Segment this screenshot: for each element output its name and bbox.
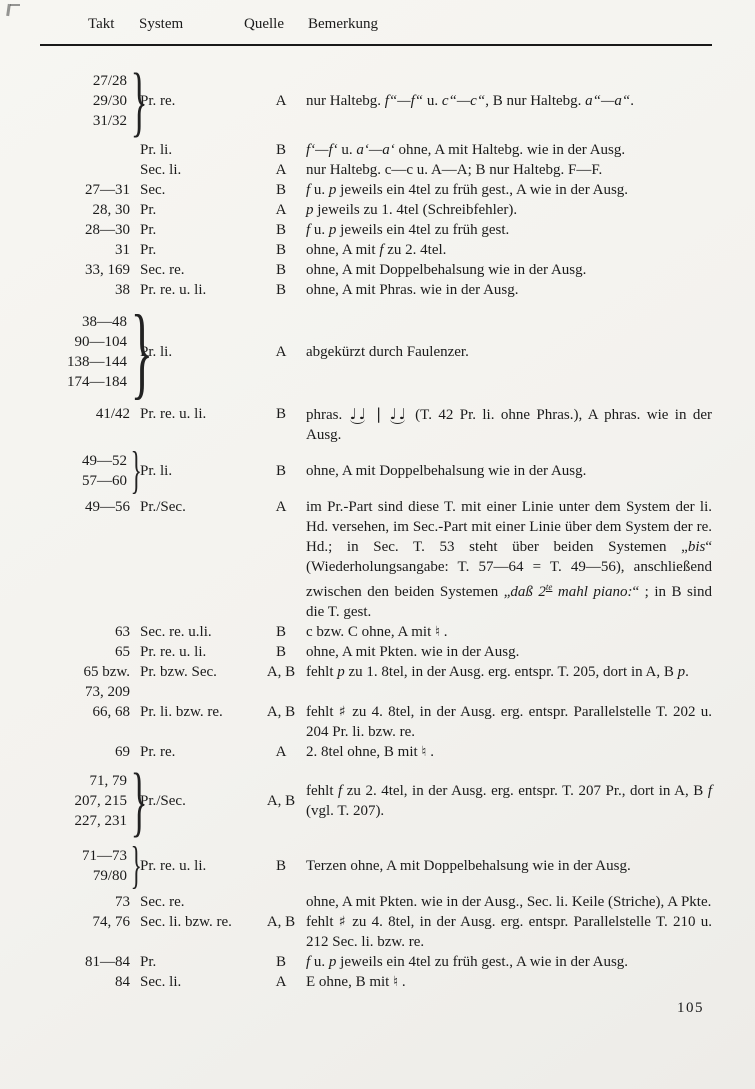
table-row: 49—5257—60}Pr. li.Bohne, A mit Doppelbeh… — [0, 445, 755, 497]
quelle-cell: A — [256, 742, 306, 762]
system-cell: Pr. re. — [140, 91, 256, 111]
takt-cell: 81—84 — [0, 952, 140, 972]
takt-numbers: 49—56 — [85, 497, 130, 517]
takt-numbers: 27/2829/3031/32 — [93, 71, 127, 131]
takt-numbers: 33, 169 — [85, 260, 130, 280]
takt-cell: 31 — [0, 240, 140, 260]
takt-cell: 49—5257—60} — [0, 445, 140, 497]
bemerkung-text: f — [708, 783, 712, 799]
bemerkung-text: mahl piano: — [552, 584, 632, 600]
bemerkung-text: jeweils zu 1. 4tel (Schreibfehler). — [314, 202, 518, 218]
takt-numbers: 38 — [115, 280, 130, 300]
system-cell: Pr. re. u. li. — [140, 280, 256, 300]
bemerkung-text: zu 2. 4tel, in der Ausg. erg. entspr. T.… — [342, 783, 708, 799]
bemerkung-text: phras. — [306, 407, 349, 423]
quelle-cell: B — [256, 140, 306, 160]
table-row: 71—7379/80}Pr. re. u. li.BTerzen ohne, A… — [0, 840, 755, 892]
bemerkung-text: ♩♩ — [389, 404, 409, 424]
takt-number: 81—84 — [85, 952, 130, 972]
takt-cell: 73 — [0, 892, 140, 912]
column-header-bemerkung: Bemerkung — [308, 16, 378, 33]
system-cell: Sec. re. — [140, 260, 256, 280]
quelle-cell: B — [256, 220, 306, 240]
bemerkung-cell: E ohne, B mit ♮ . — [306, 972, 755, 992]
system-cell: Pr./Sec. — [140, 791, 256, 811]
bemerkung-text: p — [306, 202, 314, 218]
takt-number: 33, 169 — [85, 260, 130, 280]
table-row: 28, 30Pr.Ap jeweils zu 1. 4tel (Schreibf… — [0, 200, 755, 220]
quelle-cell: B — [256, 240, 306, 260]
bemerkung-text: ohne, A mit Pkten. wie in der Ausg. — [306, 644, 519, 660]
page-number: 105 — [677, 1000, 704, 1017]
quelle-cell: A — [256, 160, 306, 180]
takt-number: 27—31 — [85, 180, 130, 200]
bemerkung-cell: c bzw. C ohne, A mit ♮ . — [306, 622, 755, 642]
bemerkung-cell: ohne, A mit Phras. wie in der Ausg. — [306, 280, 755, 300]
takt-number: 71—73 — [82, 846, 127, 866]
takt-number: 27/28 — [93, 71, 127, 91]
table-header: Takt System Quelle Bemerkung — [0, 0, 755, 46]
bemerkung-text: zu 4. 8tel, in der Ausg. erg. entspr. Pa… — [306, 914, 712, 950]
bemerkung-text: . — [440, 624, 448, 640]
bemerkung-text: fehlt — [306, 783, 338, 799]
system-cell: Sec. re. — [140, 892, 256, 912]
bemerkung-text: ohne, A mit — [306, 242, 379, 258]
quelle-cell: B — [256, 180, 306, 200]
bemerkung-text: a‘—a‘ — [356, 142, 394, 158]
quelle-cell: A — [256, 972, 306, 992]
bemerkung-text: ♯ — [339, 914, 347, 930]
takt-cell: 66, 68 — [0, 702, 140, 722]
takt-cell: 38 — [0, 280, 140, 300]
bemerkung-text: fehlt — [306, 914, 339, 930]
bemerkung-text: ohne, A mit Haltebg. wie in der Ausg. — [395, 142, 625, 158]
table-row: 63Sec. re. u.li.Bc bzw. C ohne, A mit ♮ … — [0, 622, 755, 642]
quelle-cell: A — [256, 342, 306, 362]
takt-numbers: 66, 68 — [93, 702, 131, 722]
column-header-quelle: Quelle — [244, 16, 284, 33]
quelle-cell: A, B — [256, 791, 306, 811]
table-row: 66, 68Pr. li. bzw. re.A, Bfehlt ♯ zu 4. … — [0, 702, 755, 742]
takt-number: 57—60 — [82, 471, 127, 491]
bemerkung-text: im Pr.-Part sind diese T. mit einer Lini… — [306, 499, 712, 555]
takt-cell: 49—56 — [0, 497, 140, 517]
bemerkung-text: ohne, A mit Phras. wie in der Ausg. — [306, 282, 519, 298]
takt-number: 73 — [115, 892, 130, 912]
bemerkung-text: . — [398, 974, 406, 990]
bemerkung-text: ohne, A mit Doppelbehalsung wie in der A… — [306, 262, 586, 278]
notes-table: 27/2829/3031/32}Pr. re.Anur Haltebg. f“—… — [0, 62, 755, 992]
bemerkung-text: . — [685, 664, 689, 680]
takt-numbers: 69 — [115, 742, 130, 762]
table-row: 41/42Pr. re. u. li.Bphras. ♩♩ | ♩♩ (T. 4… — [0, 404, 755, 445]
takt-number: 65 bzw. — [83, 662, 130, 682]
table-row: 38—4890—104138—144174—184}Pr. li.Aabgekü… — [0, 300, 755, 404]
takt-number: 65 — [115, 642, 130, 662]
column-header-takt: Takt — [88, 16, 114, 33]
bemerkung-text: c bzw. C ohne, A mit — [306, 624, 435, 640]
system-cell: Sec. li. bzw. re. — [140, 912, 256, 932]
takt-number: 31 — [115, 240, 130, 260]
takt-number: 79/80 — [82, 866, 127, 886]
takt-number: 28—30 — [85, 220, 130, 240]
takt-cell: 71, 79207, 215227, 231} — [0, 762, 140, 840]
bemerkung-text: jeweils ein 4tel zu früh gest., A wie in… — [336, 954, 628, 970]
bemerkung-cell: f u. p jeweils ein 4tel zu früh gest., A… — [306, 952, 755, 972]
takt-numbers: 41/42 — [96, 404, 130, 424]
system-cell: Pr. bzw. Sec. — [140, 662, 256, 682]
table-row: 71, 79207, 215227, 231}Pr./Sec.A, Bfehlt… — [0, 762, 755, 840]
bemerkung-text: jeweils ein 4tel zu früh gest. — [336, 222, 509, 238]
system-cell: Pr. re. u. li. — [140, 642, 256, 662]
takt-cell: 65 — [0, 642, 140, 662]
takt-cell: 74, 76 — [0, 912, 140, 932]
table-row: 73Sec. re.ohne, A mit Pkten. wie in der … — [0, 892, 755, 912]
bemerkung-text: a“—a“ — [585, 93, 630, 109]
takt-number: 90—104 — [67, 332, 127, 352]
takt-cell: 38—4890—104138—144174—184} — [0, 300, 140, 404]
table-row: 27—31Sec.Bf u. p jeweils ein 4tel zu frü… — [0, 180, 755, 200]
takt-number: 71, 79 — [75, 771, 128, 791]
bemerkung-text: u. — [310, 954, 329, 970]
quelle-cell: A, B — [256, 912, 306, 932]
system-cell: Pr. — [140, 952, 256, 972]
system-cell: Pr. re. — [140, 742, 256, 762]
table-row: 28—30Pr.Bf u. p jeweils ein 4tel zu früh… — [0, 220, 755, 240]
bemerkung-cell: phras. ♩♩ | ♩♩ (T. 42 Pr. li. ohne Phras… — [306, 404, 755, 445]
takt-numbers: 65 bzw.73, 209 — [83, 662, 130, 702]
bemerkung-text: fehlt — [306, 664, 337, 680]
system-cell: Sec. — [140, 180, 256, 200]
takt-number: 29/30 — [93, 91, 127, 111]
takt-numbers: 28, 30 — [93, 200, 131, 220]
bemerkung-cell: ohne, A mit Doppelbehalsung wie in der A… — [306, 260, 755, 280]
quelle-cell: B — [256, 952, 306, 972]
takt-number: 174—184 — [67, 372, 127, 392]
bemerkung-text: f‘—f‘ — [306, 142, 338, 158]
table-row: 38Pr. re. u. li.Bohne, A mit Phras. wie … — [0, 280, 755, 300]
bemerkung-text: u. — [338, 142, 357, 158]
bemerkung-cell: im Pr.-Part sind diese T. mit einer Lini… — [306, 497, 755, 622]
bemerkung-text: u. — [310, 222, 329, 238]
system-cell: Pr. re. u. li. — [140, 856, 256, 876]
brace-glyph: } — [131, 62, 137, 140]
system-cell: Pr. li. — [140, 342, 256, 362]
bemerkung-text: nur Haltebg. — [306, 93, 385, 109]
quelle-cell: B — [256, 461, 306, 481]
bemerkung-text: daß 2 — [510, 584, 546, 600]
takt-number: 38—48 — [67, 312, 127, 332]
takt-cell: 69 — [0, 742, 140, 762]
quelle-cell: B — [256, 404, 306, 424]
takt-cell: 28—30 — [0, 220, 140, 240]
table-row: Sec. li.Anur Haltebg. c—c u. A—A; B nur … — [0, 160, 755, 180]
system-cell: Pr. li. — [140, 140, 256, 160]
takt-cell: 28, 30 — [0, 200, 140, 220]
quelle-cell: A — [256, 91, 306, 111]
takt-number: 73, 209 — [83, 682, 130, 702]
bemerkung-text: ♯ — [339, 704, 347, 720]
bemerkung-text: ohne, A mit Doppelbehalsung wie in der A… — [306, 463, 586, 479]
takt-numbers: 81—84 — [85, 952, 130, 972]
bemerkung-text: ohne, A mit Pkten. wie in der Ausg., Sec… — [306, 894, 711, 910]
takt-numbers: 49—5257—60 — [82, 451, 127, 491]
bemerkung-text: jeweils ein 4tel zu früh gest., A wie in… — [336, 182, 628, 198]
system-cell: Pr./Sec. — [140, 497, 256, 517]
takt-cell: 71—7379/80} — [0, 840, 140, 892]
system-cell: Pr. re. u. li. — [140, 404, 256, 424]
bemerkung-cell: fehlt ♯ zu 4. 8tel, in der Ausg. erg. en… — [306, 912, 755, 952]
takt-number: 49—56 — [85, 497, 130, 517]
bemerkung-text: Terzen ohne, A mit Doppelbehalsung wie i… — [306, 858, 631, 874]
quelle-cell: B — [256, 642, 306, 662]
takt-number: 69 — [115, 742, 130, 762]
takt-numbers: 38—4890—104138—144174—184 — [67, 312, 127, 392]
table-row: 69Pr. re.A2. 8tel ohne, B mit ♮ . — [0, 742, 755, 762]
table-row: 27/2829/3031/32}Pr. re.Anur Haltebg. f“—… — [0, 62, 755, 140]
bemerkung-text: f“—f“ — [385, 93, 423, 109]
takt-number: 66, 68 — [93, 702, 131, 722]
table-row: 74, 76Sec. li. bzw. re.A, Bfehlt ♯ zu 4.… — [0, 912, 755, 952]
bemerkung-text: p — [337, 664, 345, 680]
takt-numbers: 31 — [115, 240, 130, 260]
bemerkung-cell: abgekürzt durch Faulenzer. — [306, 342, 755, 362]
bemerkung-cell: ohne, A mit Pkten. wie in der Ausg. — [306, 642, 755, 662]
bemerkung-text: (vgl. T. 207). — [306, 803, 384, 819]
takt-number: 84 — [115, 972, 130, 992]
takt-cell: 41/42 — [0, 404, 140, 424]
system-cell: Pr. — [140, 200, 256, 220]
bemerkung-text: zu 1. 8tel, in der Ausg. erg. entspr. T.… — [345, 664, 678, 680]
takt-number: 207, 215 — [75, 791, 128, 811]
bemerkung-cell: Terzen ohne, A mit Doppelbehalsung wie i… — [306, 856, 755, 876]
table-row: 65Pr. re. u. li.Bohne, A mit Pkten. wie … — [0, 642, 755, 662]
takt-cell: 63 — [0, 622, 140, 642]
takt-number: 49—52 — [82, 451, 127, 471]
bemerkung-cell: 2. 8tel ohne, B mit ♮ . — [306, 742, 755, 762]
column-header-system: System — [139, 16, 183, 33]
brace-glyph: } — [131, 445, 137, 497]
bemerkung-text: zu 2. 4tel. — [384, 242, 447, 258]
quelle-cell: A, B — [256, 702, 306, 722]
bemerkung-text: bis — [688, 539, 706, 555]
takt-cell: 27—31 — [0, 180, 140, 200]
bemerkung-text: ♩♩ — [349, 404, 369, 424]
takt-number: 63 — [115, 622, 130, 642]
system-cell: Pr. li. bzw. re. — [140, 702, 256, 722]
table-row: 49—56Pr./Sec.Aim Pr.-Part sind diese T. … — [0, 497, 755, 622]
bemerkung-text: zu 4. 8tel, in der Ausg. erg. entspr. Pa… — [306, 704, 712, 740]
system-cell: Pr. li. — [140, 461, 256, 481]
bemerkung-cell: f u. p jeweils ein 4tel zu früh gest. — [306, 220, 755, 240]
bemerkung-cell: nur Haltebg. f“—f“ u. c“—c“, B nur Halte… — [306, 91, 755, 111]
takt-number: 31/32 — [93, 111, 127, 131]
bemerkung-text: c“—c“ — [442, 93, 485, 109]
quelle-cell: B — [256, 622, 306, 642]
system-cell: Sec. re. u.li. — [140, 622, 256, 642]
bemerkung-text: , B nur Haltebg. — [485, 93, 585, 109]
quelle-cell: B — [256, 280, 306, 300]
brace-glyph: } — [131, 300, 137, 404]
takt-numbers: 63 — [115, 622, 130, 642]
takt-numbers: 74, 76 — [93, 912, 131, 932]
bemerkung-text: . — [426, 744, 434, 760]
system-cell: Pr. — [140, 220, 256, 240]
bemerkung-text: fehlt — [306, 704, 339, 720]
takt-numbers: 73 — [115, 892, 130, 912]
takt-number: 227, 231 — [75, 811, 128, 831]
bemerkung-text: . — [630, 93, 634, 109]
bemerkung-cell: f‘—f‘ u. a‘—a‘ ohne, A mit Haltebg. wie … — [306, 140, 755, 160]
table-row: 84Sec. li.AE ohne, B mit ♮ . — [0, 972, 755, 992]
takt-numbers: 71—7379/80 — [82, 846, 127, 886]
quelle-cell: B — [256, 856, 306, 876]
bemerkung-cell: ohne, A mit Pkten. wie in der Ausg., Sec… — [306, 892, 755, 912]
takt-cell: 33, 169 — [0, 260, 140, 280]
table-row: 33, 169Sec. re.Bohne, A mit Doppelbehals… — [0, 260, 755, 280]
scanned-book-page: Takt System Quelle Bemerkung 27/2829/303… — [0, 0, 755, 1089]
brace-glyph: } — [131, 840, 137, 892]
bemerkung-cell: ohne, A mit Doppelbehalsung wie in der A… — [306, 461, 755, 481]
brace-glyph: } — [131, 762, 137, 840]
bemerkung-cell: f u. p jeweils ein 4tel zu früh gest., A… — [306, 180, 755, 200]
system-cell: Pr. — [140, 240, 256, 260]
bemerkung-text: 2. 8tel ohne, B mit — [306, 744, 421, 760]
system-cell: Sec. li. — [140, 972, 256, 992]
bemerkung-text: E ohne, B mit — [306, 974, 393, 990]
takt-number: 138—144 — [67, 352, 127, 372]
takt-cell: 65 bzw.73, 209 — [0, 662, 140, 702]
takt-numbers: 84 — [115, 972, 130, 992]
bemerkung-cell: fehlt ♯ zu 4. 8tel, in der Ausg. erg. en… — [306, 702, 755, 742]
quelle-cell: A, B — [256, 662, 306, 682]
bemerkung-cell: fehlt f zu 2. 4tel, in der Ausg. erg. en… — [306, 781, 755, 821]
table-row: 31Pr.Bohne, A mit f zu 2. 4tel. — [0, 240, 755, 260]
quelle-cell: B — [256, 260, 306, 280]
bemerkung-cell: p jeweils zu 1. 4tel (Schreibfehler). — [306, 200, 755, 220]
takt-cell: 27/2829/3031/32} — [0, 62, 140, 140]
takt-number: 74, 76 — [93, 912, 131, 932]
bemerkung-cell: nur Haltebg. c—c u. A—A; B nur Haltebg. … — [306, 160, 755, 180]
bemerkung-cell: ohne, A mit f zu 2. 4tel. — [306, 240, 755, 260]
takt-cell: 84 — [0, 972, 140, 992]
system-cell: Sec. li. — [140, 160, 256, 180]
bemerkung-text: u. — [423, 93, 442, 109]
bemerkung-cell: fehlt p zu 1. 8tel, in der Ausg. erg. en… — [306, 662, 755, 682]
takt-numbers: 71, 79207, 215227, 231 — [75, 771, 128, 831]
bemerkung-text: abgekürzt durch Faulenzer. — [306, 344, 469, 360]
bemerkung-text: nur Haltebg. c—c u. A—A; B nur Haltebg. … — [306, 162, 602, 178]
quelle-cell: A — [256, 200, 306, 220]
takt-number: 41/42 — [96, 404, 130, 424]
takt-number: 28, 30 — [93, 200, 131, 220]
quelle-cell: A — [256, 497, 306, 517]
table-row: 81—84Pr.Bf u. p jeweils ein 4tel zu früh… — [0, 952, 755, 972]
table-row: 65 bzw.73, 209Pr. bzw. Sec.A, Bfehlt p z… — [0, 662, 755, 702]
bemerkung-text: | — [369, 405, 389, 423]
bemerkung-text: u. — [310, 182, 329, 198]
header-rule — [40, 44, 712, 46]
takt-numbers: 27—31 — [85, 180, 130, 200]
takt-number: 38 — [115, 280, 130, 300]
table-row: Pr. li.Bf‘—f‘ u. a‘—a‘ ohne, A mit Halte… — [0, 140, 755, 160]
takt-numbers: 28—30 — [85, 220, 130, 240]
takt-numbers: 65 — [115, 642, 130, 662]
